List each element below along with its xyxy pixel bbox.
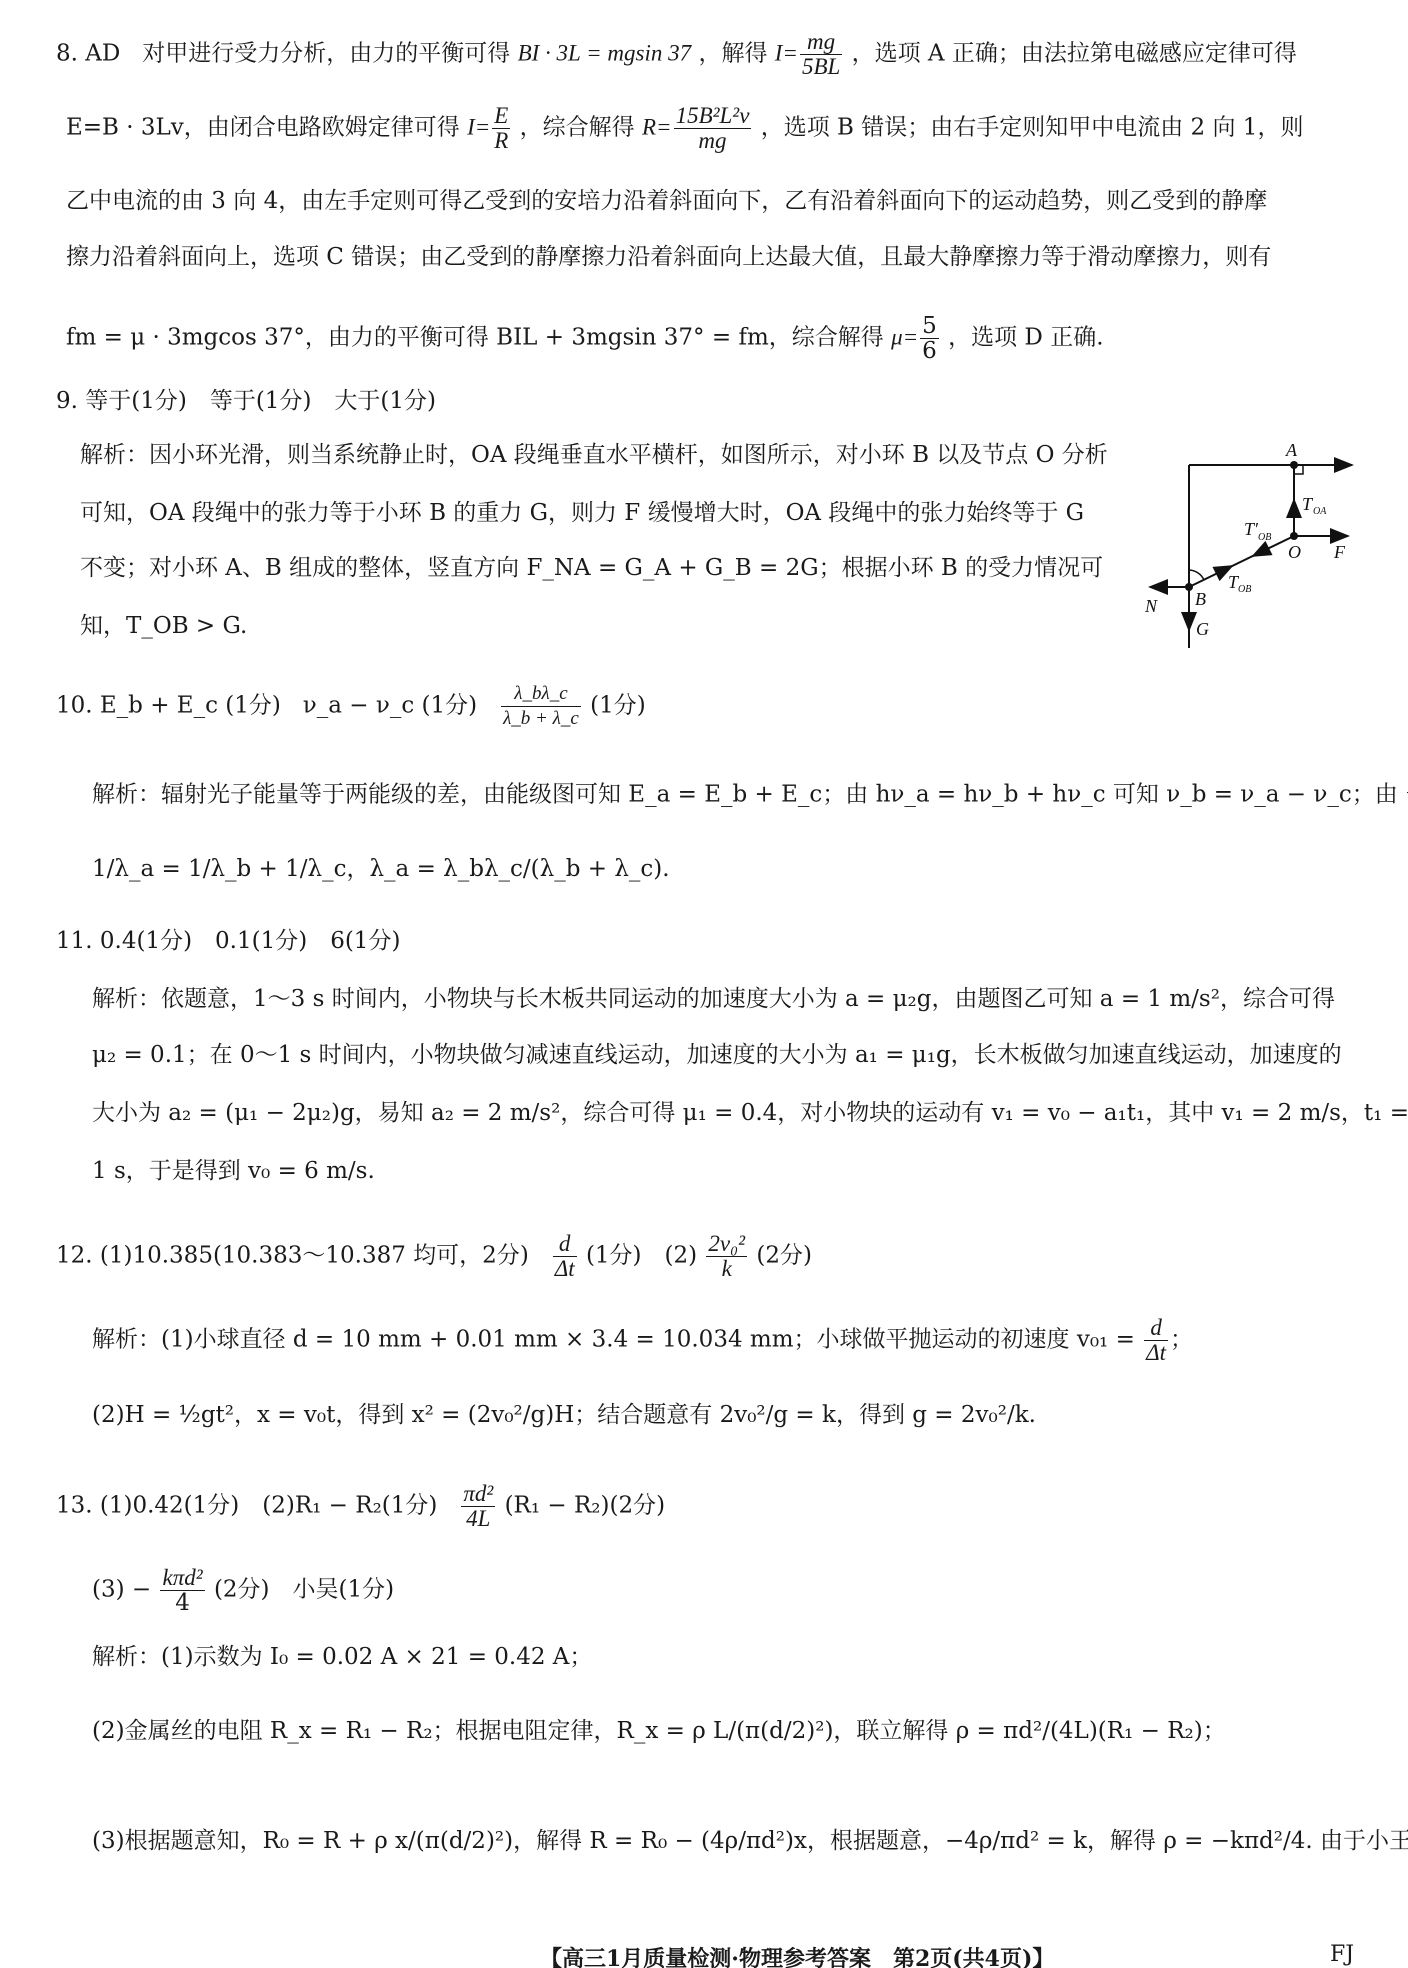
q10-answer-part: 10. E_b + E_c (1分) xyxy=(56,693,281,719)
label-b: B xyxy=(1195,589,1206,609)
q13-analysis-line1: 解析：(1)示数为 I₀ = 0.02 A × 21 = 0.42 A； xyxy=(92,1642,592,1672)
q12-answer-part: (1分) (2) xyxy=(586,1243,697,1269)
q10-analysis-line2: 1/λ_a = 1/λ_b + 1/λ_c，λ_a = λ_bλ_c/(λ_b … xyxy=(92,854,670,884)
numerator: d xyxy=(553,1232,577,1257)
denominator: 4L xyxy=(461,1507,495,1531)
q11-analysis-line: 大小为 a₂ = (μ₁ − 2μ₂)g，易知 a₂ = 2 m/s²，综合可得… xyxy=(92,1098,1408,1128)
q8-fraction: mg5BL xyxy=(800,30,842,79)
q8-frac-lhs: I= xyxy=(775,41,798,66)
q10-fraction: λ_bλ_cλ_b + λ_c xyxy=(501,682,581,731)
q8-text: ，解得 xyxy=(698,41,767,67)
q11-analysis-line: 1 s，于是得到 v₀ = 6 m/s. xyxy=(92,1156,375,1186)
denominator: Δt xyxy=(1144,1341,1168,1365)
q12-answer-part: 12. (1)10.385(10.383～10.387 均可，2分) xyxy=(56,1243,529,1269)
frac-lhs: I= xyxy=(467,115,490,140)
numerator: d xyxy=(1144,1316,1168,1341)
q8-text: ，选项 B 错误；由右手定则知甲中电流由 2 向 1，则 xyxy=(761,115,1304,141)
label-a: A xyxy=(1285,440,1298,460)
q12-text: 解析：(1)小球直径 d = 10 mm + 0.01 mm × 3.4 = 1… xyxy=(92,1327,1135,1353)
label-o: O xyxy=(1288,542,1301,562)
q8-line1: 8. AD 对甲进行受力分析，由力的平衡可得 BI · 3L = mgsin 3… xyxy=(56,30,1297,79)
q8-fraction-mu: 56 xyxy=(920,314,939,363)
denominator: Δt xyxy=(553,1257,577,1281)
q12-analysis-line2: (2)H = ½gt²，x = v₀t，得到 x² = (2v₀²/g)H；结合… xyxy=(92,1400,1036,1430)
denominator: 4 xyxy=(160,1591,204,1615)
page-footer: 【高三1月质量检测·物理参考答案 第2页(共4页)】 xyxy=(540,1942,1054,1968)
numerator: 2v₀² xyxy=(706,1232,747,1257)
q12-analysis-fraction: dΔt xyxy=(1144,1316,1168,1365)
q8-fraction-current: ER xyxy=(492,104,510,153)
q9-answer: 9. 等于(1分) 等于(1分) 大于(1分) xyxy=(56,386,436,416)
q11-analysis-line: 解析：依题意，1～3 s 时间内，小物块与长木板共同运动的加速度大小为 a = … xyxy=(92,984,1335,1014)
q9-analysis-line: 可知，OA 段绳中的张力等于小环 B 的重力 G，则力 F 缓慢增大时，OA 段… xyxy=(80,498,1084,528)
q10-answer: 10. E_b + E_c (1分) ν_a − ν_c (1分) λ_bλ_c… xyxy=(56,682,646,731)
denominator: λ_b + λ_c xyxy=(501,707,581,731)
force-diagram-svg: A T OA T′ OB O F T OB B N G xyxy=(1120,430,1370,650)
label-n: N xyxy=(1144,596,1158,616)
label-t-ob-prime-sub: OB xyxy=(1258,532,1271,543)
denominator: mg xyxy=(674,129,752,153)
denominator: 6 xyxy=(920,339,939,363)
q13-answer-line1: 13. (1)0.42(1分) (2)R₁ − R₂(1分) πd²4L (R₁… xyxy=(56,1482,665,1531)
label-g: G xyxy=(1196,619,1209,639)
label-f: F xyxy=(1333,542,1346,562)
q10-answer-part: (1分) xyxy=(590,693,646,719)
frac-lhs: R= xyxy=(642,115,672,140)
q8-line3: 乙中电流的由 3 向 4，由左手定则可得乙受到的安培力沿着斜面向下，乙有沿着斜面… xyxy=(66,186,1267,216)
footer-code: FJ xyxy=(1330,1942,1354,1967)
q8-fraction-resistance: 15B²L²vmg xyxy=(674,104,752,153)
q8-line2: E=B · 3Lv，由闭合电路欧姆定律可得 I=ER ，综合解得 R=15B²L… xyxy=(66,104,1303,153)
denominator: k xyxy=(706,1257,747,1281)
q8-text: 对甲进行受力分析，由力的平衡可得 xyxy=(142,41,510,67)
label-t-ob-sub: OB xyxy=(1238,584,1251,595)
q8-text: E=B · 3Lv，由闭合电路欧姆定律可得 xyxy=(66,115,460,141)
q8-answer: 8. AD xyxy=(56,41,120,67)
q13-answer-part: (2分) 小吴(1分) xyxy=(214,1577,394,1603)
q8-text: ，选项 D 正确. xyxy=(948,325,1103,351)
q9-analysis-line: 解析：因小环光滑，则当系统静止时，OA 段绳垂直水平横杆，如图所示，对小环 B … xyxy=(80,440,1108,470)
numerator: kπd² xyxy=(160,1566,204,1591)
q8-line4: 擦力沿着斜面向上，选项 C 错误；由乙受到的静摩擦力沿着斜面向上达最大值，且最大… xyxy=(66,242,1271,272)
denominator: 5BL xyxy=(800,55,842,79)
q9-analysis-line: 不变；对小环 A、B 组成的整体，竖直方向 F_NA = G_A + G_B =… xyxy=(80,553,1103,583)
numerator: mg xyxy=(800,30,842,55)
q12-fraction-g: 2v₀²k xyxy=(706,1232,747,1281)
label-t-ob-prime: T′ xyxy=(1244,519,1259,539)
numerator: E xyxy=(492,104,510,129)
q12-answer-part: (2分) xyxy=(756,1243,812,1269)
q9-analysis-line: 知，T_OB > G. xyxy=(80,611,247,641)
q10-text: 解析：辐射光子能量等于两能级的差，由能级图可知 E_a = E_b + E_c；… xyxy=(92,781,1398,807)
frac-lhs: μ= xyxy=(891,325,918,350)
q13-fraction-rho: πd²4L xyxy=(461,1482,495,1531)
q12-fraction-velocity: dΔt xyxy=(553,1232,577,1281)
q8-text: ，选项 A 正确；由法拉第电磁感应定律可得 xyxy=(852,41,1297,67)
q13-analysis-line2: (2)金属丝的电阻 R_x = R₁ − R₂；根据电阻定律，R_x = ρ L… xyxy=(92,1716,1226,1746)
numerator: 5 xyxy=(920,314,939,339)
q12-text: ； xyxy=(1170,1327,1193,1353)
q13-answer-line2: (3) − kπd²4 (2分) 小吴(1分) xyxy=(92,1566,394,1615)
q13-fraction-k: kπd²4 xyxy=(160,1566,204,1615)
q12-analysis-line1: 解析：(1)小球直径 d = 10 mm + 0.01 mm × 3.4 = 1… xyxy=(92,1316,1193,1365)
denominator: R xyxy=(492,129,510,153)
q13-answer-part: (3) − xyxy=(92,1577,151,1603)
q13-answer-part: 13. (1)0.42(1分) (2)R₁ − R₂(1分) xyxy=(56,1493,437,1519)
q8-text: fm = μ · 3mgcos 37°，由力的平衡可得 BIL + 3mgsin… xyxy=(66,325,884,351)
force-diagram: A T OA T′ OB O F T OB B N G xyxy=(1120,430,1370,650)
q8-line5: fm = μ · 3mgcos 37°，由力的平衡可得 BIL + 3mgsin… xyxy=(66,314,1104,363)
numerator: 15B²L²v xyxy=(674,104,752,129)
q10-answer-part: ν_a − ν_c (1分) xyxy=(303,693,477,719)
numerator: λ_bλ_c xyxy=(501,682,581,707)
q11-analysis-line: μ₂ = 0.1；在 0～1 s 时间内，小物块做匀减速直线运动，加速度的大小为… xyxy=(92,1040,1342,1070)
q13-answer-part: (R₁ − R₂)(2分) xyxy=(505,1493,666,1519)
q8-equation: BI · 3L = mgsin 37 xyxy=(518,41,692,66)
q8-text: ，综合解得 xyxy=(520,115,635,141)
q12-answer: 12. (1)10.385(10.383～10.387 均可，2分) dΔt (… xyxy=(56,1232,812,1281)
q13-analysis-line3: (3)根据题意知，R₀ = R + ρ x/(π(d/2)²)，解得 R = R… xyxy=(92,1826,1408,1856)
q10-analysis-line1: 解析：辐射光子能量等于两能级的差，由能级图可知 E_a = E_b + E_c；… xyxy=(92,768,1408,823)
label-t-oa-sub: OA xyxy=(1313,506,1327,517)
q11-answer: 11. 0.4(1分) 0.1(1分) 6(1分) xyxy=(56,926,400,956)
numerator: πd² xyxy=(461,1482,495,1507)
